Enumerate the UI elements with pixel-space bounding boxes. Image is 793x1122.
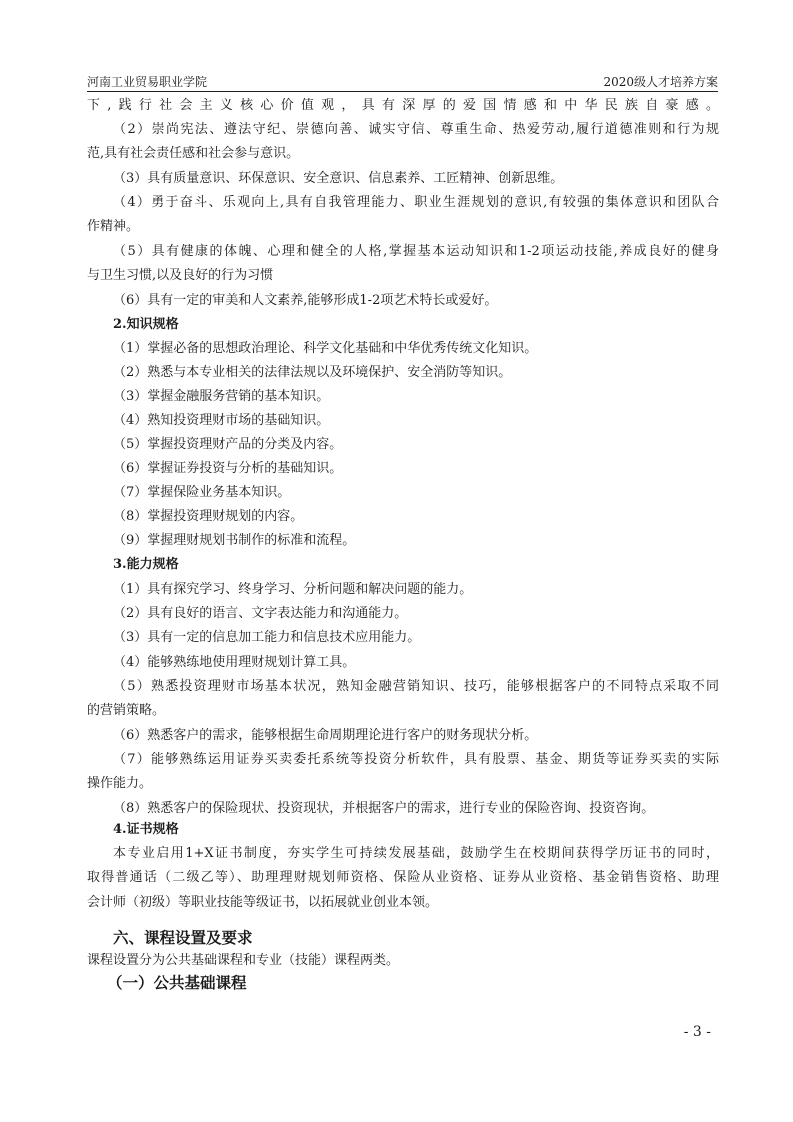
knowledge-item: （5）掌握投资理财产品的分类及内容。 <box>87 436 342 454</box>
certificate-paragraph-end: 会计师（初级）等职业技能等级证书，以拓展就业创业本领。 <box>87 894 438 912</box>
section-heading: 六、课程设置及要求 <box>87 929 253 947</box>
quality-item-2: （2）崇尚宪法、遵法守纪、崇德向善、诚实守信、尊重生命、热爱劳动,履行道德准则和… <box>87 121 719 139</box>
certificate-heading: 4.证书规格 <box>87 821 179 839</box>
knowledge-item: （9）掌握理财规划书制作的标准和流程。 <box>87 532 355 550</box>
ability-item-2: （2）具有良好的语言、文字表达能力和沟通能力。 <box>87 605 407 623</box>
knowledge-item: （4）熟知投资理财市场的基础知识。 <box>87 412 329 430</box>
ability-item-6: （6）熟悉客户的需求，能够根据生命周期理论进行客户的财务现状分析。 <box>87 727 537 745</box>
certificate-paragraph: 本专业启用1+X证书制度，夯实学生可持续发展基础，鼓励学生在校期间获得学历证书的… <box>87 845 719 863</box>
paragraph-line: 下,践行社会主义核心价值观，具有深厚的爱国情感和中华民族自豪感。 <box>87 97 719 115</box>
knowledge-item: （6）掌握证券投资与分析的基础知识。 <box>87 460 342 478</box>
header-institution: 河南工业贸易职业学院 <box>87 73 207 90</box>
header-doc-title: 2020级人才培养方案 <box>603 73 718 90</box>
quality-item-5: （5）具有健康的体魄、心理和健全的人格,掌握基本运动知识和1-2项运动技能,养成… <box>87 243 719 261</box>
knowledge-heading: 2.知识规格 <box>87 316 179 334</box>
ability-heading: 3.能力规格 <box>87 556 179 574</box>
ability-item-7: （7）能够熟练运用证券买卖委托系统等投资分析软件，具有股票、基金、期货等证券买卖… <box>87 751 719 769</box>
knowledge-item: （3）掌握金融服务营销的基本知识。 <box>87 388 329 406</box>
ability-item-1: （1）具有探究学习、终身学习、分析问题和解决问题的能力。 <box>87 581 472 599</box>
ability-item-4: （4）能够熟练地使用理财规划计算工具。 <box>87 654 355 672</box>
page-number: - 3 - <box>684 1024 711 1040</box>
quality-item-6: （6）具有一定的审美和人文素养,能够形成1-2项艺术特长或爱好。 <box>87 292 497 310</box>
knowledge-item: （1）掌握必备的思想政治理论、科学文化基础和中华优秀传统文化知识。 <box>87 340 537 358</box>
section-intro: 课程设置分为公共基础课程和专业（技能）课程两类。 <box>87 952 399 970</box>
subsection-heading: （一）公共基础课程 <box>87 974 247 992</box>
quality-item-2-cont: 范,具有社会责任感和社会参与意识。 <box>87 145 299 163</box>
quality-item-5-cont: 与卫生习惯,以及良好的行为习惯 <box>87 267 273 285</box>
ability-item-5: （5）熟悉投资理财市场基本状况，熟知金融营销知识、技巧，能够根据客户的不同特点采… <box>87 678 719 696</box>
ability-item-8: （8）熟悉客户的保险现状、投资现状，并根据客户的需求，进行专业的保险咨询、投资咨… <box>87 800 654 818</box>
knowledge-item: （7）掌握保险业务基本知识。 <box>87 484 290 502</box>
knowledge-item: （2）熟悉与本专业相关的法律法规以及环境保护、安全消防等知识。 <box>87 364 511 382</box>
certificate-paragraph-cont: 取得普通话（二级乙等）、助理理财规划师资格、保险从业资格、证券从业资格、基金销售… <box>87 869 719 887</box>
ability-item-7-cont: 操作能力。 <box>87 775 152 793</box>
quality-item-4-cont: 作精神。 <box>87 218 139 236</box>
quality-item-3: （3）具有质量意识、环保意识、安全意识、信息素养、工匠精神、创新思维。 <box>87 170 563 188</box>
knowledge-item: （8）掌握投资理财规划的内容。 <box>87 508 303 526</box>
quality-item-4: （4）勇于奋斗、乐观向上,具有自我管理能力、职业生涯规划的意识,有较强的集体意识… <box>87 194 719 212</box>
ability-item-5-cont: 的营销策略。 <box>87 702 165 720</box>
page-header: 河南工业贸易职业学院 2020级人才培养方案 <box>87 73 718 92</box>
ability-item-3: （3）具有一定的信息加工能力和信息技术应用能力。 <box>87 629 420 647</box>
